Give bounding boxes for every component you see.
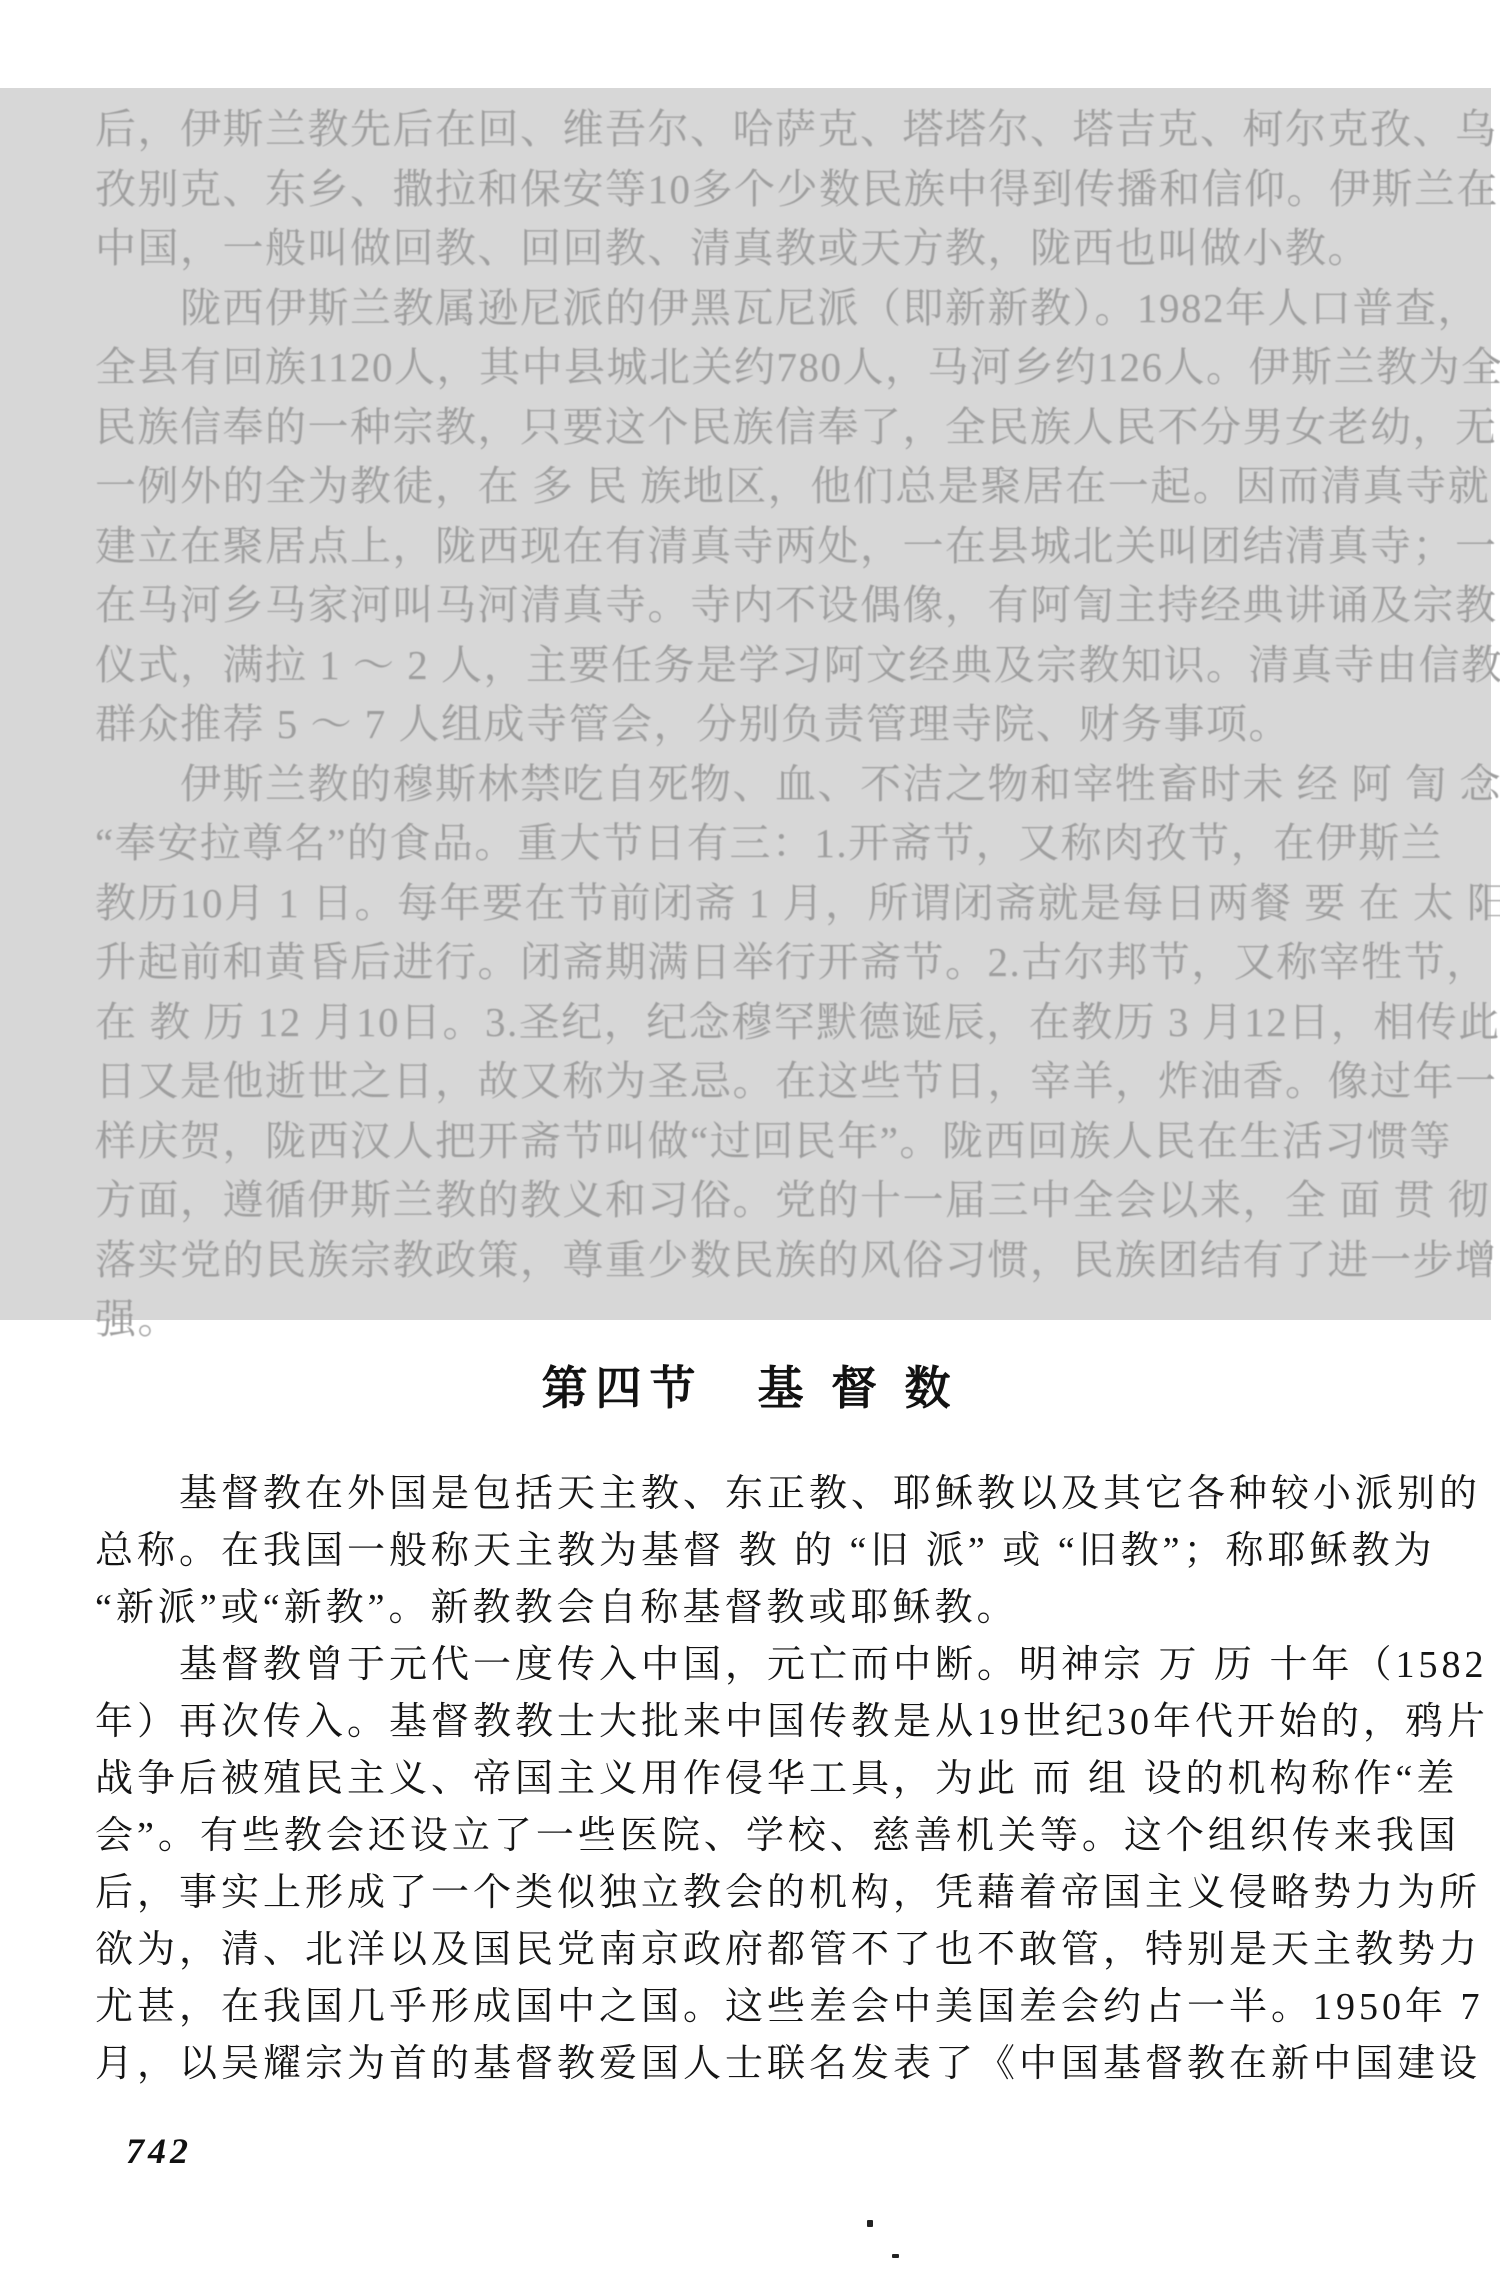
text-line: “奉安拉尊名”的食品。重大节日有三：1.开斋节，又称肉孜节，在伊斯兰 [95,814,1440,874]
text-line: 在 教 历 12 月10日。3.圣纪，纪念穆罕默德诞辰，在教历 3 月12日，相… [95,993,1440,1053]
text-line: 总称。在我国一般称天主教为基督 教 的 “旧 派” 或 “旧教”；称耶稣教为 [95,1523,1445,1580]
text-line: 教历10月 1 日。每年要在节前闭斋 1 月，所谓闭斋就是每日两餐 要 在 太 … [95,874,1440,934]
text-line: 民族信奉的一种宗教，只要这个民族信奉了，全民族人民不分男女老幼，无 [95,398,1440,458]
text-line: 基督教曾于元代一度传入中国，元亡而中断。明神宗 万 历 十年（1582 [95,1637,1445,1694]
text-line: 欲为，清、北洋以及国民党南京政府都管不了也不敢管，特别是天主教势力 [95,1922,1445,1979]
body-paragraphs: 基督教在外国是包括天主教、东正教、耶稣教以及其它各种较小派别的总称。在我国一般称… [95,1466,1445,2093]
faded-scan-block: 后，伊斯兰教先后在回、维吾尔、哈萨克、塔塔尔、塔吉克、柯尔克孜、乌孜别克、东乡、… [0,88,1491,1320]
text-line: “新派”或“新教”。新教教会自称基督教或耶稣教。 [95,1580,1445,1637]
text-line: 月，以吴耀宗为首的基督教爱国人士联名发表了《中国基督教在新中国建设 [95,2036,1445,2093]
scan-speck [867,2220,873,2227]
text-line: 日又是他逝世之日，故又称为圣忌。在这些节日，宰羊，炸油香。像过年一 [95,1052,1440,1112]
text-line: 基督教在外国是包括天主教、东正教、耶稣教以及其它各种较小派别的 [95,1466,1445,1523]
page-number: 742 [126,2130,192,2172]
text-line: 落实党的民族宗教政策，尊重少数民族的风俗习惯，民族团结有了进一步增 [95,1231,1440,1291]
scan-speck [892,2254,899,2258]
text-line: 伊斯兰教的穆斯林禁吃自死物、血、不洁之物和宰牲畜时未 经 阿 訇 念 [95,755,1440,815]
text-line: 战争后被殖民主义、帝国主义用作侵华工具，为此 而 组 设的机构称作“差 [95,1751,1445,1808]
text-line: 强。 [95,1290,1440,1350]
text-line: 中国，一般叫做回教、回回教、清真教或天方教，陇西也叫做小教。 [95,219,1440,279]
text-line: 陇西伊斯兰教属逊尼派的伊黑瓦尼派（即新新教）。1982年人口普查， [95,279,1440,339]
text-line: 孜别克、东乡、撒拉和保安等10多个少数民族中得到传播和信仰。伊斯兰在 [95,160,1440,220]
text-line: 群众推荐 5 ～ 7 人组成寺管会，分别负责管理寺院、财务事项。 [95,695,1440,755]
text-line: 升起前和黄昏后进行。闭斋期满日举行开斋节。2.古尔邦节，又称宰牲节， [95,933,1440,993]
text-line: 建立在聚居点上，陇西现在有清真寺两处，一在县城北关叫团结清真寺；一 [95,517,1440,577]
text-line: 后，伊斯兰教先后在回、维吾尔、哈萨克、塔塔尔、塔吉克、柯尔克孜、乌 [95,100,1440,160]
book-page: 后，伊斯兰教先后在回、维吾尔、哈萨克、塔塔尔、塔吉克、柯尔克孜、乌孜别克、东乡、… [0,0,1500,2283]
text-line: 后，事实上形成了一个类似独立教会的机构，凭藉着帝国主义侵略势力为所 [95,1865,1445,1922]
text-line: 会”。有些教会还设立了一些医院、学校、慈善机关等。这个组织传来我国 [95,1808,1445,1865]
text-line: 在马河乡马家河叫马河清真寺。寺内不设偶像，有阿訇主持经典讲诵及宗教 [95,576,1440,636]
text-line: 一例外的全为教徒，在 多 民 族地区，他们总是聚居在一起。因而清真寺就 [95,457,1440,517]
text-line: 仪式，满拉 1 ～ 2 人，主要任务是学习阿文经典及宗教知识。清真寺由信教 [95,636,1440,696]
text-line: 年）再次传入。基督教教士大批来中国传教是从19世纪30年代开始的，鸦片 [95,1694,1445,1751]
text-line: 方面，遵循伊斯兰教的教义和习俗。党的十一届三中全会以来，全 面 贯 彻 [95,1171,1440,1231]
section-heading: 第四节 基 督 数 [0,1352,1500,1418]
text-line: 尤甚，在我国几乎形成国中之国。这些差会中美国差会约占一半。1950年 7 [95,1979,1445,2036]
text-line: 全县有回族1120人，其中县城北关约780人，马河乡约126人。伊斯兰教为全 [95,338,1440,398]
text-line: 样庆贺，陇西汉人把开斋节叫做“过回民年”。陇西回族人民在生活习惯等 [95,1112,1440,1172]
scan-paragraphs: 后，伊斯兰教先后在回、维吾尔、哈萨克、塔塔尔、塔吉克、柯尔克孜、乌孜别克、东乡、… [95,100,1440,1350]
